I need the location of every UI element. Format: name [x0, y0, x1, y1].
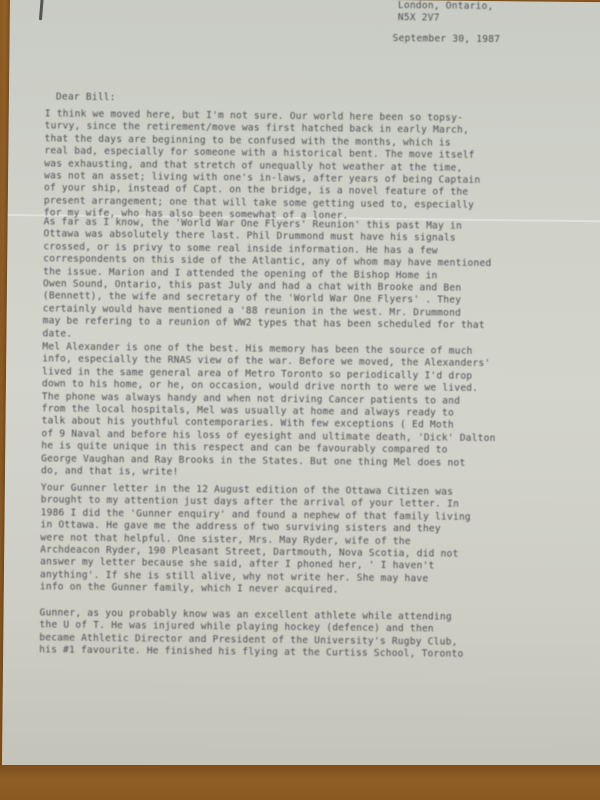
paragraph-5: Gunner, as you probably know was an exce… [39, 607, 599, 662]
salutation: Dear Bill: [56, 91, 116, 103]
paragraph-2: As far as I know, the 'World War One Fly… [42, 216, 600, 346]
letter-date: September 30, 1987 [393, 33, 501, 45]
pen-mark [39, 0, 44, 20]
paragraph-3: Mel Alexander is one of the best. His me… [41, 341, 600, 483]
address-line: N5X 2V7 [398, 12, 494, 25]
letter-page: London, Ontario, N5X 2V7 September 30, 1… [2, 0, 600, 774]
sender-address: London, Ontario, N5X 2V7 [398, 0, 494, 25]
paragraph-1: I think we moved here, but I'm not sure.… [44, 108, 600, 226]
desk-surface-bottom [0, 765, 600, 800]
paragraph-4: Your Gunner letter in the 12 August edit… [40, 482, 600, 600]
address-line: London, Ontario, [398, 0, 494, 13]
